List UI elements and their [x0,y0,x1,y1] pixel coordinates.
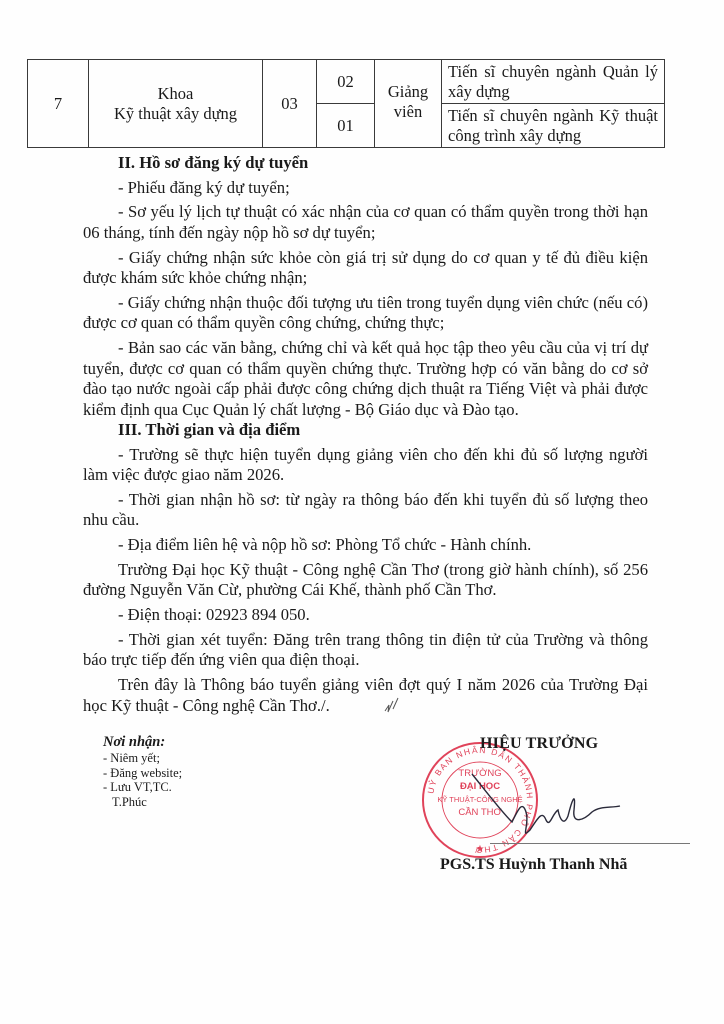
sub-quantity-1: 02 [317,60,375,104]
section-3-item: - Địa điểm liên hệ và nộp hồ sơ: Phòng T… [83,535,648,556]
recruitment-table: 7 Khoa Kỹ thuật xây dựng 03 02 Giảng viê… [27,59,665,148]
section-3: III. Thời gian và địa điểm - Trường sẽ t… [83,420,648,721]
unit-cell: Khoa Kỹ thuật xây dựng [89,60,263,148]
signer-title: HIỆU TRƯỞNG [480,735,598,753]
section-2-item: - Giấy chứng nhận thuộc đối tượng ưu tiê… [83,293,648,334]
section-2-item: - Phiếu đăng ký dự tuyển; [83,178,648,199]
position-cell: Giảng viên [375,60,442,148]
sub-quantity-2: 01 [317,104,375,148]
signer-name: PGS.TS Huỳnh Thanh Nhã [440,856,627,874]
handwritten-signature-icon [460,770,630,850]
recipient-item: - Đăng website; [103,766,182,781]
section-3-item: - Thời gian nhận hồ sơ: từ ngày ra thông… [83,490,648,531]
section-2: II. Hồ sơ đăng ký dự tuyển - Phiếu đăng … [83,153,648,424]
total-quantity: 03 [263,60,317,148]
recipient-item: - Niêm yết; [103,751,182,766]
table-row: 7 Khoa Kỹ thuật xây dựng 03 02 Giảng viê… [28,60,665,104]
closing-paragraph: Trên đây là Thông báo tuyển giảng viên đ… [83,675,648,716]
section-2-item: - Giấy chứng nhận sức khỏe còn giá trị s… [83,248,648,289]
row-number: 7 [28,60,89,148]
section-3-item: - Thời gian xét tuyển: Đăng trên trang t… [83,630,648,671]
section-2-heading: II. Hồ sơ đăng ký dự tuyển [83,153,648,174]
requirement-1: Tiến sĩ chuyên ngành Quản lý xây dựng [442,60,665,104]
recipients-block: Nơi nhận: - Niêm yết; - Đăng website; - … [103,735,182,810]
phone-paragraph: - Điện thoại: 02923 894 050. [83,605,648,626]
signature-underline [490,843,690,844]
section-3-heading: III. Thời gian và địa điểm [83,420,648,441]
requirement-2: Tiến sĩ chuyên ngành Kỹ thuật công trình… [442,104,665,148]
initials-mark-icon [381,695,401,715]
drafter-initials: T.Phúc [103,795,182,810]
recipients-title: Nơi nhận: [103,735,182,750]
address-paragraph: Trường Đại học Kỹ thuật - Công nghệ Cần … [83,560,648,601]
unit-line-2: Kỹ thuật xây dựng [89,104,262,124]
section-2-item: - Bản sao các văn bằng, chứng chỉ và kết… [83,338,648,420]
section-2-item: - Sơ yếu lý lịch tự thuật có xác nhận củ… [83,202,648,243]
unit-line-1: Khoa [89,84,262,104]
recipient-item: - Lưu VT,TC. [103,780,182,795]
signature-block: UỶ BAN NHÂN DÂN THÀNH PHỐ CẦN THƠ ★ TRƯỜ… [420,735,690,885]
section-3-item: - Trường sẽ thực hiện tuyển dụng giảng v… [83,445,648,486]
